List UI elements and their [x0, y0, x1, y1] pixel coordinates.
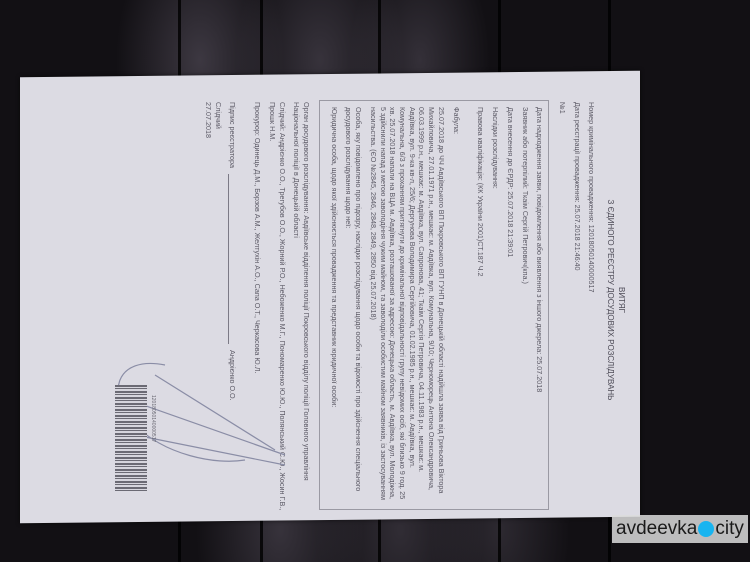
- entry-number: №1: [557, 102, 567, 520]
- field-qualification: Правова кваліфікація: (КК України 2001)С…: [476, 107, 486, 503]
- watermark-right: city: [715, 518, 744, 540]
- field-applicant: Заявник або потерпілий: Ткаім Сергій Пет…: [520, 107, 530, 503]
- barcode-number: 12018050140000517: [150, 395, 156, 442]
- document-subtitle: З ЄДИНОГО РЕЄСТРУ ДОСУДОВИХ РОЗСЛІДУВАНЬ: [604, 80, 615, 520]
- field-erdr-date: Дата внесення до ЄРДР: 25.07.2018 21:39:…: [505, 107, 515, 503]
- record-box: Дата надходження заяви, повідомлення або…: [319, 100, 549, 510]
- document-title: ВИТЯГ: [615, 80, 626, 520]
- watermark-left: avdeevka: [616, 518, 697, 540]
- plot-text: 25.07.2018 до ЧЧ Авдіївського ВП Покровс…: [368, 107, 446, 503]
- field-received-date: Дата надходження заяви, повідомлення або…: [535, 107, 545, 503]
- barcode: [115, 385, 147, 491]
- site-watermark: avdeevka city: [612, 515, 748, 543]
- field-consequences: Наслідки розслідування:: [490, 107, 500, 503]
- legal-entity-text: Юридична особа, щодо якої здійснюється п…: [329, 107, 339, 503]
- registrar-signature-label: Підпис реєстратора: [228, 102, 237, 168]
- signature-line: [228, 174, 229, 344]
- watermark-logo-icon: [698, 521, 714, 537]
- registration-date: Дата реєстрації провадження: 25.07.2018 …: [572, 102, 582, 520]
- plot-label: Фабула:: [451, 107, 461, 503]
- document-meta: Номер кримінального провадження: 1201805…: [557, 102, 596, 520]
- suspect-text: Особа, яку повідомлено про підозру, насл…: [344, 107, 363, 503]
- case-number: Номер кримінального провадження: 1201805…: [587, 102, 597, 520]
